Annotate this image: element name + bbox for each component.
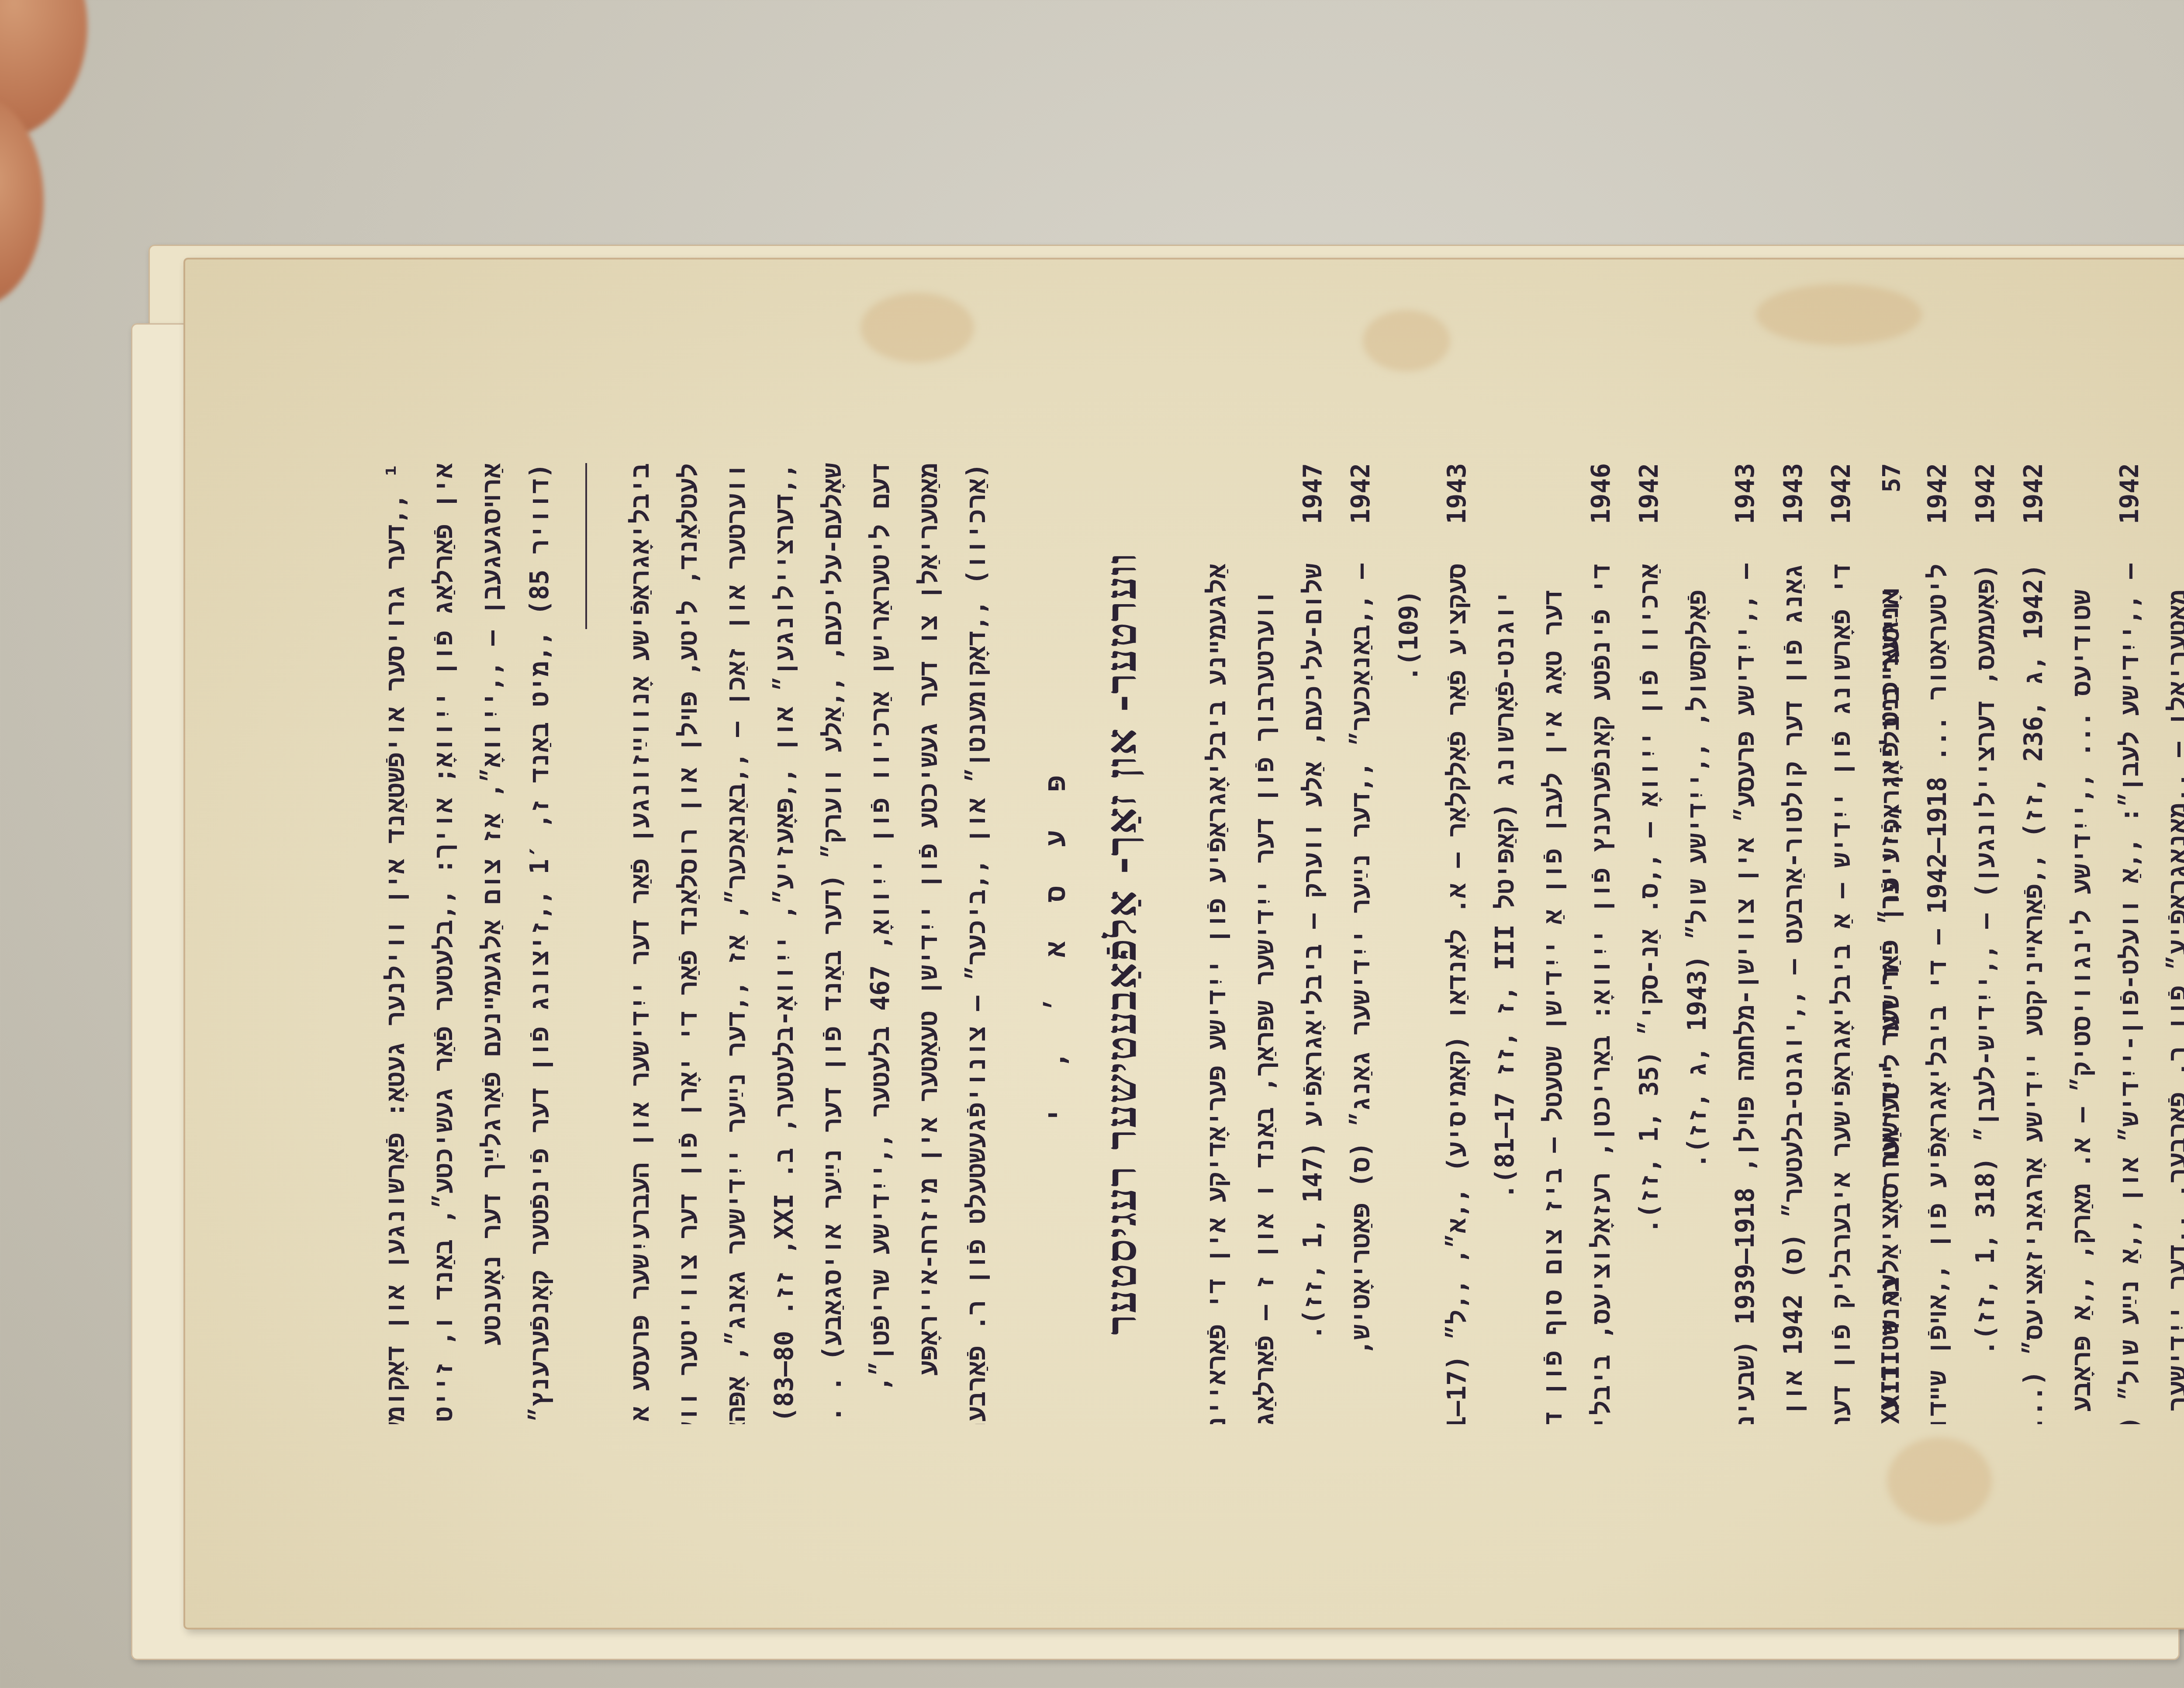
footnote-line: אַרױסגעגעבן — ,,ייִוואָ״, אַז צום אַלגעמ… <box>467 463 515 1424</box>
entry-row: מאַטעריאַלן — ,,מאָנאָגראַפֿיע״ פֿון ר. … <box>2153 463 2184 1424</box>
entry-text: מאַטעריאַלן — ,,מאָנאָגראַפֿיע״ פֿון ר. … <box>2153 564 2184 1424</box>
entry-text: (פּאָעמעס, דערציילונגען) — ,,ייִדיש-לעבן… <box>1961 564 2009 1424</box>
entry-year: 1942 <box>1625 463 1673 564</box>
entry-text: — ,,ייִדישע פּרעסע״ אין צווישן-מלחמה פּױ… <box>1721 564 1769 1424</box>
entry-year: 1942 <box>2009 463 2057 564</box>
entry-row: 1946די פֿינפֿטע קאָנפֿערענץ פֿון ייִוואָ… <box>1577 463 1625 1424</box>
entry-text: — ,,ייִדישע לעבן״: ,,אַ וועלט-פֿון-ייִדי… <box>2105 564 2153 1424</box>
rotated-text-block: 57 ווײַטער ביבליאָגראַפֿיע פֿון ייִדישער… <box>371 463 1922 1424</box>
entry-row: 1942ליטעראַטור ... 1918—1942 — די ביבליא… <box>1913 463 1961 1424</box>
footnote-separator <box>585 463 587 629</box>
entry-text: — ,,באַנאַכער״ ,,דער נײַער ייִדישער גאַנ… <box>1337 564 1385 1424</box>
entry-year <box>1192 463 1241 564</box>
entry-year: 1942 <box>1337 463 1385 564</box>
entry-row: ווערטערבוך פֿון דער ייִדישער שפּראַך, בא… <box>1241 463 1289 1424</box>
entry-row: יוגנט-פֿאָרשונג (קאַפּיטל III ,ז ,זז 17—… <box>1481 463 1529 1424</box>
entry-year: 1947 <box>1289 463 1337 564</box>
entry-year: 1942 <box>1961 463 2009 564</box>
entry-row: אַלגעמײנע ביבליאָגראַפֿיע פֿון ייִדישע פ… <box>1192 463 1241 1424</box>
entry-year <box>2057 463 2105 564</box>
entry-row: אָנגעצײכנט פֿון ,,זייער״ פֿאַר דער ייִדי… <box>1865 463 1913 1424</box>
entry-text: ווערטערבוך פֿון דער ייִדישער שפּראַך, בא… <box>1241 564 1289 1424</box>
entry-year <box>2153 463 2184 564</box>
footnote-line: אין פֿאַרלאַג פֿון ייִוואָ; אויך: ,,בלעט… <box>419 463 467 1424</box>
paragraph-line: ווערטער און זאַכן — ,,באַנאַכער״, אַז ,,… <box>712 463 760 1424</box>
entry-text: דער טאָג אין לעבן פֿון אַ ייִדישן שטעטל … <box>1529 564 1577 1424</box>
entry-row: 1942(1942 ,ג ,236 ,זז) ,,פֿאַראײניקטע יי… <box>2009 463 2057 1424</box>
entry-row: פֿאָלקסשול, ,,ייִדישע שול״ (1943 ,ג ,זז)… <box>1673 463 1721 1424</box>
entry-row: שטודיעס ... ,,ייִדישע לינגוויסטיק״ — א. … <box>2057 463 2105 1424</box>
paragraph-line: דעם ליטעראַרישן אַרכיוו פֿון ייִוואָ, 46… <box>856 463 904 1424</box>
paper-stain <box>1363 310 1450 371</box>
entry-row: 1943— ,,ייִדישע פּרעסע״ אין צווישן-מלחמה… <box>1721 463 1769 1424</box>
entry-text: (109). <box>1385 564 1433 1424</box>
entry-year: 1943 <box>1769 463 1817 564</box>
footnote-line: (דוויר 85) ,,מיט באַנד ז, 1′ ,,זיצונג פֿ… <box>515 463 563 1424</box>
entry-year <box>1385 463 1433 564</box>
entry-row: 1947שלום-עליכעם, אַלע ווערק — ביבליאָגרא… <box>1289 463 1337 1424</box>
paper-stain <box>1887 1437 1992 1525</box>
entry-text: שלום-עליכעם, אַלע ווערק — ביבליאָגראַפֿי… <box>1289 564 1337 1424</box>
entry-year <box>1481 463 1529 564</box>
entry-row: דער טאָג אין לעבן פֿון אַ ייִדישן שטעטל … <box>1529 463 1577 1424</box>
entry-text: פֿאָלקסשול, ,,ייִדישע שול״ (1943 ,ג ,זז)… <box>1673 564 1721 1424</box>
entry-text: אָנגעצײכנט פֿון ,,זייער״ פֿאַר דער ייִדי… <box>1865 564 1913 1424</box>
entry-text: (1942 ,ג ,236 ,זז) ,,פֿאַראײניקטע ייִדיש… <box>2009 564 2057 1424</box>
entry-text: אַלגעמײנע ביבליאָגראַפֿיע פֿון ייִדישע פ… <box>1192 564 1241 1424</box>
paper-stain <box>1756 284 1922 345</box>
paragraph-line: לעטלאַנד, ליטע, פּױלן און רוסלאַנד פֿאַר… <box>664 463 712 1424</box>
section-heading: פּ ע ס א ׳ , י <box>1040 463 1073 1424</box>
footnotes: ¹ ,,דער גרויסער אויפֿשטאַנד אין ווילנער … <box>371 463 563 1424</box>
entry-text: אַרכיוו פֿון ייִוואָ — ,,ס. אַנ-סקי״ (35… <box>1625 564 1673 1424</box>
paragraph-line: ביבליאָגראַפֿישע אָנווײַזונגען פֿאַר דער… <box>616 463 664 1424</box>
entry-year: 1942 <box>1817 463 1865 564</box>
entry-year: 1942 <box>2105 463 2153 564</box>
entry-year <box>1241 463 1289 564</box>
paragraph-line: (אַרכיוו) ,,דאָקומענטן״ און ,,ביכער״ — צ… <box>952 463 1000 1424</box>
entry-year: 1943 <box>1433 463 1481 564</box>
entry-row: 1943גאַנג פֿון דער קולטור-אַרבעט — ,,יוג… <box>1769 463 1817 1424</box>
entry-row: (109). <box>1385 463 1433 1424</box>
paragraph-line: ,,דערציילונגען״ און ,,פּאָעזיע״, ייִוואָ… <box>760 463 808 1424</box>
entry-year <box>1673 463 1721 564</box>
entry-year <box>1529 463 1577 564</box>
entry-year: 1942 <box>1913 463 1961 564</box>
entry-text: ליטעראַטור ... 1918—1942 — די ביבליאָגרא… <box>1913 564 1961 1424</box>
entry-text: גאַנג פֿון דער קולטור-אַרבעט — ,,יוגנט-ב… <box>1769 564 1817 1424</box>
entry-row: 1942אַרכיוו פֿון ייִוואָ — ,,ס. אַנ-סקי״… <box>1625 463 1673 1424</box>
entry-text: די פֿינפֿטע קאָנפֿערענץ פֿון ייִוואָ: בא… <box>1577 564 1625 1424</box>
entry-row: 1942— ,,ייִדישע לעבן״: ,,אַ וועלט-פֿון-י… <box>2105 463 2153 1424</box>
paragraph-line: מאַטעריאַלן צו דער געשיכטע פֿון ייִדישן … <box>904 463 952 1424</box>
entry-text: יוגנט-פֿאָרשונג (קאַפּיטל III ,ז ,זז 17—… <box>1481 564 1529 1424</box>
section-title: ווערטער- און זאַך- אַלפֿאַבעטישער רעגיסט… <box>1096 463 1146 1424</box>
entry-row: 1943סעקציע פֿאַר פֿאָלקלאָר — א. לאַנדאַ… <box>1433 463 1481 1424</box>
paper-stain <box>860 293 974 363</box>
finger-bottom <box>0 96 44 306</box>
entry-year <box>1865 463 1913 564</box>
paragraph-line: שאָלעם-עליכעם, ,,אַלע ווערק״ (דער באַנד … <box>808 463 856 1424</box>
entry-year: 1943 <box>1721 463 1769 564</box>
entry-row: 1942— ,,באַנאַכער״ ,,דער נײַער ייִדישער … <box>1337 463 1385 1424</box>
footnote-line: ¹ ,,דער גרויסער אויפֿשטאַנד אין ווילנער … <box>371 463 419 1424</box>
bibliography-entries: אַלגעמײנע ביבליאָגראַפֿיע פֿון ייִדישע פ… <box>1192 463 2184 1424</box>
entry-text: די פֿאָרשונג פֿון ייִדיש — אַ ביבליאָגרא… <box>1817 564 1865 1424</box>
upper-paragraph: ביבליאָגראַפֿישע אָנווײַזונגען פֿאַר דער… <box>616 463 1000 1424</box>
entry-text: סעקציע פֿאַר פֿאָלקלאָר — א. לאַנדאַו (ק… <box>1433 564 1481 1424</box>
entry-year: 1946 <box>1577 463 1625 564</box>
entry-row: 1942די פֿאָרשונג פֿון ייִדיש — אַ ביבליא… <box>1817 463 1865 1424</box>
entry-row: 1942(פּאָעמעס, דערציילונגען) — ,,ייִדיש-… <box>1961 463 2009 1424</box>
entry-text: שטודיעס ... ,,ייִדישע לינגוויסטיק״ — א. … <box>2057 564 2105 1424</box>
